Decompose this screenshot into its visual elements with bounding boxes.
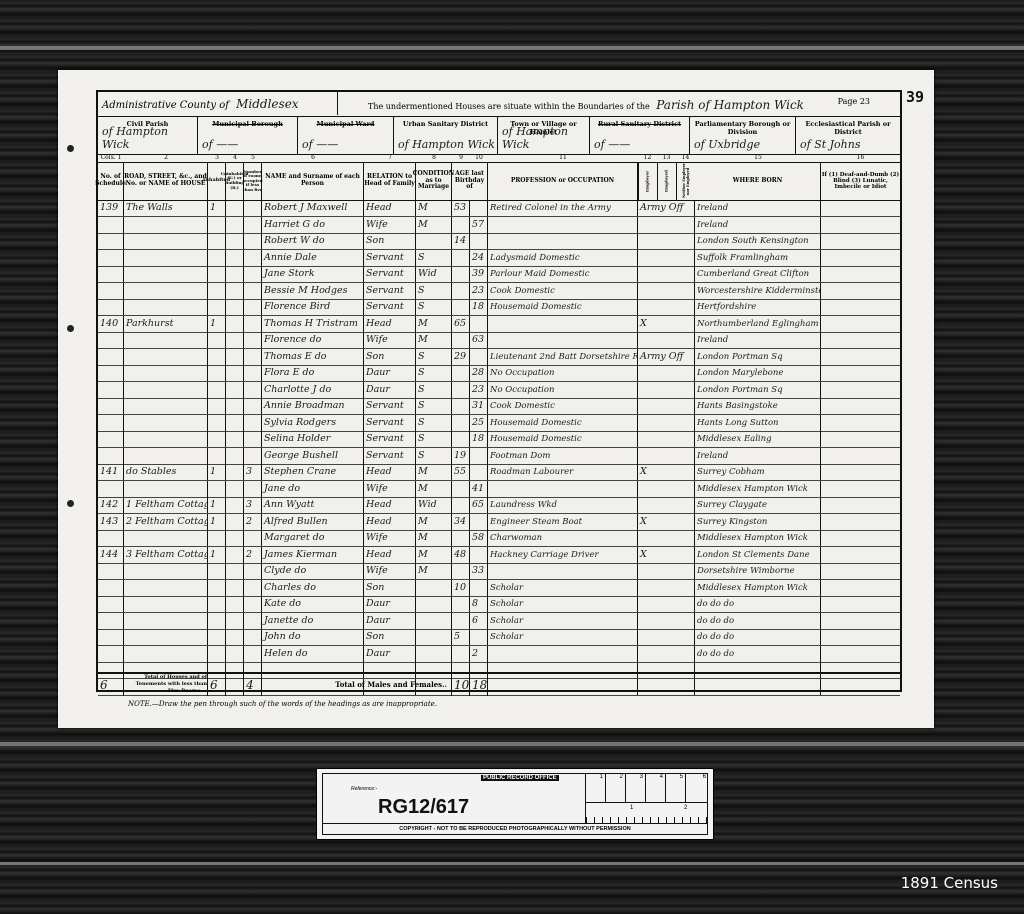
scale-tick: 2 — [606, 774, 626, 802]
table-row: Florence BirdServantS18Housemaid Domesti… — [98, 299, 900, 316]
cell-relation: Servant — [364, 431, 416, 447]
cell-male-age: 55 — [452, 464, 470, 480]
cell-female-age: 31 — [470, 398, 488, 414]
field-label: Parliamentary Borough or Division — [690, 120, 795, 136]
cell-relation: Son — [364, 629, 416, 645]
total-males: 10 — [452, 674, 470, 696]
table-row: Thomas E doSonS29Lieutenant 2nd Batt Dor… — [98, 349, 900, 366]
within-value: Parish of Hampton Wick — [656, 98, 804, 112]
cell-occupation: Scholar — [488, 580, 638, 596]
cell-condition: S — [416, 250, 452, 266]
cell-female-age: 25 — [470, 415, 488, 431]
cell-born: Middlesex Hampton Wick — [695, 530, 821, 546]
cell-occupation: Hackney Carriage Driver — [488, 547, 638, 563]
cell-empty — [821, 448, 900, 464]
cell-female-age — [470, 233, 488, 249]
cell-relation: Daur — [364, 596, 416, 612]
col-number: 14 — [676, 154, 695, 162]
cell-occupation — [488, 217, 638, 233]
table-row: 139The Walls1Robert J MaxwellHeadM53Reti… — [98, 200, 900, 217]
col-number: 16 — [821, 154, 900, 162]
cell-relation: Servant — [364, 398, 416, 414]
cell-relation: Wife — [364, 481, 416, 497]
cell-address — [124, 332, 208, 348]
cell-condition — [416, 580, 452, 596]
cell-female-age — [470, 514, 488, 530]
total-females: 18 — [470, 674, 488, 696]
col-number: 13 — [657, 154, 676, 162]
cell-address — [124, 349, 208, 365]
cell-relation: Wife — [364, 217, 416, 233]
cell-empty — [821, 299, 900, 315]
cell-male-age: 53 — [452, 200, 470, 216]
cell-condition: M — [416, 481, 452, 497]
cell-relation: Servant — [364, 299, 416, 315]
cell-rooms — [244, 349, 262, 365]
header-born: WHERE BORN — [695, 162, 821, 200]
header-uninhabited: Uninhabited (U.) or Building (B.) — [226, 162, 244, 200]
cell-empty — [226, 563, 244, 579]
cell-female-age — [470, 349, 488, 365]
cell-emp: X — [638, 316, 695, 332]
cell-emp — [638, 481, 695, 497]
table-row: Selina HolderServantS18Housemaid Domesti… — [98, 431, 900, 448]
film-band — [0, 862, 1024, 865]
cell-empty — [821, 349, 900, 365]
cell-relation: Daur — [364, 646, 416, 662]
cell-male-age: 34 — [452, 514, 470, 530]
cell-empty — [821, 481, 900, 497]
cell-occupation: Ladysmaid Domestic — [488, 250, 638, 266]
cell-born: Middlesex Hampton Wick — [695, 481, 821, 497]
cell-empty — [821, 547, 900, 563]
scale-tick: 4 — [646, 774, 666, 802]
col-number: 15 — [695, 154, 821, 162]
cell-occupation: No Occupation — [488, 382, 638, 398]
cell-occupation: Charwoman — [488, 530, 638, 546]
table-row: Sylvia RodgersServantS25Housemaid Domest… — [98, 415, 900, 432]
cell-empty — [821, 646, 900, 662]
table-row: Charles doSon10ScholarMiddlesex Hampton … — [98, 580, 900, 597]
cell-schedule — [98, 217, 124, 233]
cell-female-age: 33 — [470, 563, 488, 579]
table-row: Kate doDaur8Scholardo do do — [98, 596, 900, 613]
cell-schedule — [98, 448, 124, 464]
cell-empty — [821, 415, 900, 431]
table-row: 1421 Feltham Cottage13Ann WyattHeadWid65… — [98, 497, 900, 514]
cell-name: Flora E do — [262, 365, 364, 381]
cell-condition: S — [416, 283, 452, 299]
cell-occupation: Roadman Labourer — [488, 464, 638, 480]
cell-name: Stephen Crane — [262, 464, 364, 480]
cell-condition — [416, 646, 452, 662]
census-sheet: 39 Administrative County of Middlesex Th… — [58, 70, 934, 728]
cell-born: Northumberland Eglingham — [695, 316, 821, 332]
cell-rooms — [244, 563, 262, 579]
header-occupation: PROFESSION or OCCUPATION — [488, 162, 638, 200]
field-civil-parish: Civil Parishof Hampton Wick — [98, 116, 198, 154]
cell-name: Margaret do — [262, 530, 364, 546]
field-ecclesiastical: Ecclesiastical Parish or Districtof St J… — [796, 116, 900, 154]
header-condition: CONDITION as to Marriage — [416, 162, 452, 200]
cell-address — [124, 563, 208, 579]
cell-schedule — [98, 233, 124, 249]
cell-male-age — [452, 250, 470, 266]
cell-name: Charlotte J do — [262, 382, 364, 398]
cell-born: do do do — [695, 646, 821, 662]
cell-rooms — [244, 629, 262, 645]
cell-condition: S — [416, 365, 452, 381]
table-row: Bessie M HodgesServantS23Cook DomesticWo… — [98, 283, 900, 300]
cell-empty — [821, 382, 900, 398]
col-number: 4 — [226, 154, 244, 162]
cell-empty — [226, 382, 244, 398]
cell-occupation: Lieutenant 2nd Batt Dorsetshire Regiment — [488, 349, 638, 365]
header-rooms: Number of rooms occupied if less than fi… — [244, 162, 262, 200]
cell-born: Ireland — [695, 200, 821, 216]
field-municipal-ward: Municipal Wardof —— — [298, 116, 394, 154]
cell-female-age: 39 — [470, 266, 488, 282]
totals-row: 6 Total of Houses and of Tenements with … — [98, 672, 900, 696]
cell-address — [124, 283, 208, 299]
cell-empty — [226, 431, 244, 447]
header-employer: Employer — [638, 162, 657, 200]
cell-empty — [821, 464, 900, 480]
cell-rooms: 3 — [244, 464, 262, 480]
cell-born: Surrey Claygate — [695, 497, 821, 513]
cell-female-age: 23 — [470, 382, 488, 398]
cell-relation: Daur — [364, 382, 416, 398]
cell-condition: S — [416, 415, 452, 431]
table-row: John doSon5Scholardo do do — [98, 629, 900, 646]
cell-born: Suffolk Framlingham — [695, 250, 821, 266]
col-number: 3 — [208, 154, 226, 162]
cell-address — [124, 431, 208, 447]
cell-rooms — [244, 299, 262, 315]
cell-occupation: Footman Dom — [488, 448, 638, 464]
cell-emp — [638, 266, 695, 282]
copyright-notice: COPYRIGHT - NOT TO BE REPRODUCED PHOTOGR… — [323, 823, 707, 834]
cell-occupation — [488, 316, 638, 332]
cell-female-age — [470, 316, 488, 332]
cell-name: Annie Broadman — [262, 398, 364, 414]
cell-inhabited — [208, 382, 226, 398]
header-road: ROAD, STREET, &c., and No. or NAME of HO… — [124, 162, 208, 200]
cell-born: Surrey Cobham — [695, 464, 821, 480]
table-row: Margaret doWifeM58CharwomanMiddlesex Ham… — [98, 530, 900, 547]
footnote: NOTE.—Draw the pen through such of the w… — [128, 700, 437, 708]
table-row: Janette doDaur6Scholardo do do — [98, 613, 900, 630]
table-row: Clyde doWifeM33Dorsetshire Wimborne — [98, 563, 900, 580]
cell-female-age: 63 — [470, 332, 488, 348]
cell-address — [124, 382, 208, 398]
col-number: 2 — [124, 154, 208, 162]
field-value: of Uxbridge — [694, 138, 760, 151]
cell-condition: S — [416, 382, 452, 398]
cell-rooms: 3 — [244, 497, 262, 513]
table-row: Harriet G doWifeM57Ireland — [98, 217, 900, 234]
census-caption: 1891 Census — [901, 874, 998, 892]
cell-schedule — [98, 481, 124, 497]
cell-address — [124, 299, 208, 315]
field-rural-sanitary: Rural Sanitary Districtof —— — [590, 116, 690, 154]
cell-name: Clyde do — [262, 563, 364, 579]
col-number: 11 — [488, 154, 638, 162]
field-village: Town or Village or Hamletof Hampton Wick — [498, 116, 590, 154]
cell-schedule — [98, 415, 124, 431]
col-number: Cols. 1 — [98, 154, 124, 162]
cell-schedule — [98, 266, 124, 282]
cell-schedule — [98, 365, 124, 381]
binding-hole — [67, 500, 74, 507]
cell-empty — [226, 250, 244, 266]
cell-male-age — [452, 530, 470, 546]
table-row: Robert W doSon14London South Kensington — [98, 233, 900, 250]
cell-inhabited: 1 — [208, 200, 226, 216]
cell-male-age: 29 — [452, 349, 470, 365]
cell-empty — [821, 563, 900, 579]
cell-emp: Army Off — [638, 200, 695, 216]
col-number: 7 — [364, 154, 416, 162]
cell-emp — [638, 563, 695, 579]
cell-male-age: 14 — [452, 233, 470, 249]
cell-empty — [821, 250, 900, 266]
cell-empty — [821, 580, 900, 596]
reference-number: RG12/617 — [378, 796, 469, 819]
reference-label: Reference:- — [351, 786, 377, 792]
cell-occupation: Scholar — [488, 596, 638, 612]
cell-rooms — [244, 365, 262, 381]
cell-condition — [416, 613, 452, 629]
cell-inhabited — [208, 596, 226, 612]
cell-female-age: 18 — [470, 431, 488, 447]
cell-empty — [821, 613, 900, 629]
cell-name: Bessie M Hodges — [262, 283, 364, 299]
scale-tick: 3 — [626, 774, 646, 802]
cell-empty — [226, 497, 244, 513]
cell-condition — [416, 596, 452, 612]
cell-rooms — [244, 200, 262, 216]
cell-empty — [226, 332, 244, 348]
cell-born: do do do — [695, 596, 821, 612]
cell-relation: Servant — [364, 415, 416, 431]
cell-emp — [638, 299, 695, 315]
cell-inhabited: 1 — [208, 547, 226, 563]
cell-male-age — [452, 217, 470, 233]
cell-empty — [821, 497, 900, 513]
cell-occupation: Scholar — [488, 613, 638, 629]
cell-emp — [638, 596, 695, 612]
cell-relation: Head — [364, 200, 416, 216]
cell-schedule: 139 — [98, 200, 124, 216]
cell-emp — [638, 283, 695, 299]
cell-born: Ireland — [695, 448, 821, 464]
scale-ruler: 1 2 — [586, 802, 708, 823]
cell-emp: X — [638, 547, 695, 563]
cell-female-age: 6 — [470, 613, 488, 629]
cell-empty — [226, 613, 244, 629]
folio-number: 39 — [906, 88, 924, 106]
cell-emp — [638, 613, 695, 629]
cell-relation: Head — [364, 497, 416, 513]
cell-born: do do do — [695, 613, 821, 629]
cell-emp — [638, 398, 695, 414]
cell-address: do Stables — [124, 464, 208, 480]
cell-schedule: 140 — [98, 316, 124, 332]
cell-relation: Son — [364, 233, 416, 249]
cell-empty — [821, 629, 900, 645]
cell-rooms — [244, 382, 262, 398]
cell-rooms — [244, 250, 262, 266]
cell-born: Middlesex Hampton Wick — [695, 580, 821, 596]
cell-empty — [821, 200, 900, 216]
col-number: 9 — [452, 154, 470, 162]
total-uninhabited — [226, 674, 244, 696]
cell-address — [124, 629, 208, 645]
cell-emp — [638, 233, 695, 249]
cell-schedule — [98, 398, 124, 414]
cell-emp: Army Off — [638, 349, 695, 365]
cell-male-age: 65 — [452, 316, 470, 332]
cell-rooms — [244, 613, 262, 629]
col-number: 8 — [416, 154, 452, 162]
cell-address — [124, 266, 208, 282]
cell-born: do do do — [695, 629, 821, 645]
cell-born: Worcestershire Kidderminster — [695, 283, 821, 299]
cell-empty — [226, 646, 244, 662]
table-row: 140Parkhurst1Thomas H TristramHeadM65XNo… — [98, 316, 900, 333]
cell-schedule — [98, 332, 124, 348]
cell-occupation: Housemaid Domestic — [488, 431, 638, 447]
cell-empty — [821, 233, 900, 249]
cell-emp — [638, 431, 695, 447]
cell-name: George Bushell — [262, 448, 364, 464]
cell-empty — [226, 596, 244, 612]
cell-female-age: 28 — [470, 365, 488, 381]
cell-empty — [821, 596, 900, 612]
cell-female-age — [470, 448, 488, 464]
cell-male-age — [452, 431, 470, 447]
cell-female-age: 65 — [470, 497, 488, 513]
total-schedules: 6 — [98, 674, 124, 696]
cell-male-age — [452, 266, 470, 282]
cell-rooms — [244, 217, 262, 233]
col-number: 6 — [262, 154, 364, 162]
cell-rooms: 2 — [244, 547, 262, 563]
cell-male-age — [452, 596, 470, 612]
cell-empty — [226, 547, 244, 563]
cell-name: Jane do — [262, 481, 364, 497]
cell-address: Parkhurst — [124, 316, 208, 332]
total-houses: 6 — [208, 674, 226, 696]
cell-name: Ann Wyatt — [262, 497, 364, 513]
table-row: George BushellServantS19Footman DomIrela… — [98, 448, 900, 465]
cell-name: Helen do — [262, 646, 364, 662]
cell-empty — [226, 415, 244, 431]
cell-name: John do — [262, 629, 364, 645]
cell-inhabited — [208, 629, 226, 645]
field-label: Urban Sanitary District — [394, 120, 497, 128]
cell-female-age: 57 — [470, 217, 488, 233]
cell-emp: X — [638, 514, 695, 530]
cell-empty — [226, 464, 244, 480]
cell-born: Ireland — [695, 217, 821, 233]
cell-born: London Marylebone — [695, 365, 821, 381]
cell-male-age: 48 — [452, 547, 470, 563]
cell-address: 3 Feltham Cottage — [124, 547, 208, 563]
cell-occupation: Retired Colonel in the Army — [488, 200, 638, 216]
cell-born: Surrey Kingston — [695, 514, 821, 530]
cell-occupation: Cook Domestic — [488, 283, 638, 299]
cell-schedule — [98, 646, 124, 662]
cell-relation: Daur — [364, 613, 416, 629]
cell-empty — [821, 398, 900, 414]
cell-inhabited: 1 — [208, 514, 226, 530]
cell-address: 1 Feltham Cottage — [124, 497, 208, 513]
measure-scale: 1 2 3 4 5 6 1 2 — [585, 774, 708, 823]
cell-male-age — [452, 283, 470, 299]
cell-born: London South Kensington — [695, 233, 821, 249]
cell-condition: M — [416, 464, 452, 480]
within-label: The undermentioned Houses are situate wi… — [368, 102, 650, 111]
field-parliamentary: Parliamentary Borough or Divisionof Uxbr… — [690, 116, 796, 154]
cell-inhabited: 1 — [208, 464, 226, 480]
cell-male-age — [452, 415, 470, 431]
cell-address — [124, 596, 208, 612]
cell-female-age: 23 — [470, 283, 488, 299]
cell-inhabited — [208, 250, 226, 266]
cell-relation: Son — [364, 580, 416, 596]
cell-born: London St Clements Dane — [695, 547, 821, 563]
cell-condition: Wid — [416, 266, 452, 282]
cell-inhabited — [208, 299, 226, 315]
cell-rooms: 2 — [244, 514, 262, 530]
cell-empty — [226, 266, 244, 282]
cell-condition: S — [416, 398, 452, 414]
cell-condition: M — [416, 316, 452, 332]
cell-inhabited: 1 — [208, 316, 226, 332]
cell-address — [124, 415, 208, 431]
cell-rooms — [244, 415, 262, 431]
table-row: 1432 Feltham Cottage12Alfred BullenHeadM… — [98, 514, 900, 531]
cell-name: Florence do — [262, 332, 364, 348]
col-number: 10 — [470, 154, 488, 162]
cell-schedule — [98, 382, 124, 398]
cell-schedule — [98, 563, 124, 579]
cell-female-age: 8 — [470, 596, 488, 612]
cell-address — [124, 481, 208, 497]
cell-rooms — [244, 481, 262, 497]
cell-occupation: Cook Domestic — [488, 398, 638, 414]
field-value: of Hampton Wick — [398, 138, 495, 151]
film-band — [0, 46, 1024, 50]
cell-occupation — [488, 563, 638, 579]
field-value: of —— — [302, 138, 338, 151]
cell-schedule: 143 — [98, 514, 124, 530]
field-label: Municipal Ward — [298, 120, 393, 128]
cell-male-age — [452, 398, 470, 414]
cell-male-age: 19 — [452, 448, 470, 464]
cell-address: 2 Feltham Cottage — [124, 514, 208, 530]
admin-county: Administrative County of Middlesex — [98, 92, 338, 115]
cell-male-age — [452, 365, 470, 381]
total-mf-label: Total of Males and Females.. — [262, 674, 452, 696]
cell-occupation: No Occupation — [488, 365, 638, 381]
page-label: Page 23 — [838, 97, 870, 106]
cell-schedule: 141 — [98, 464, 124, 480]
cell-inhabited — [208, 365, 226, 381]
scale-tick: 5 — [666, 774, 686, 802]
